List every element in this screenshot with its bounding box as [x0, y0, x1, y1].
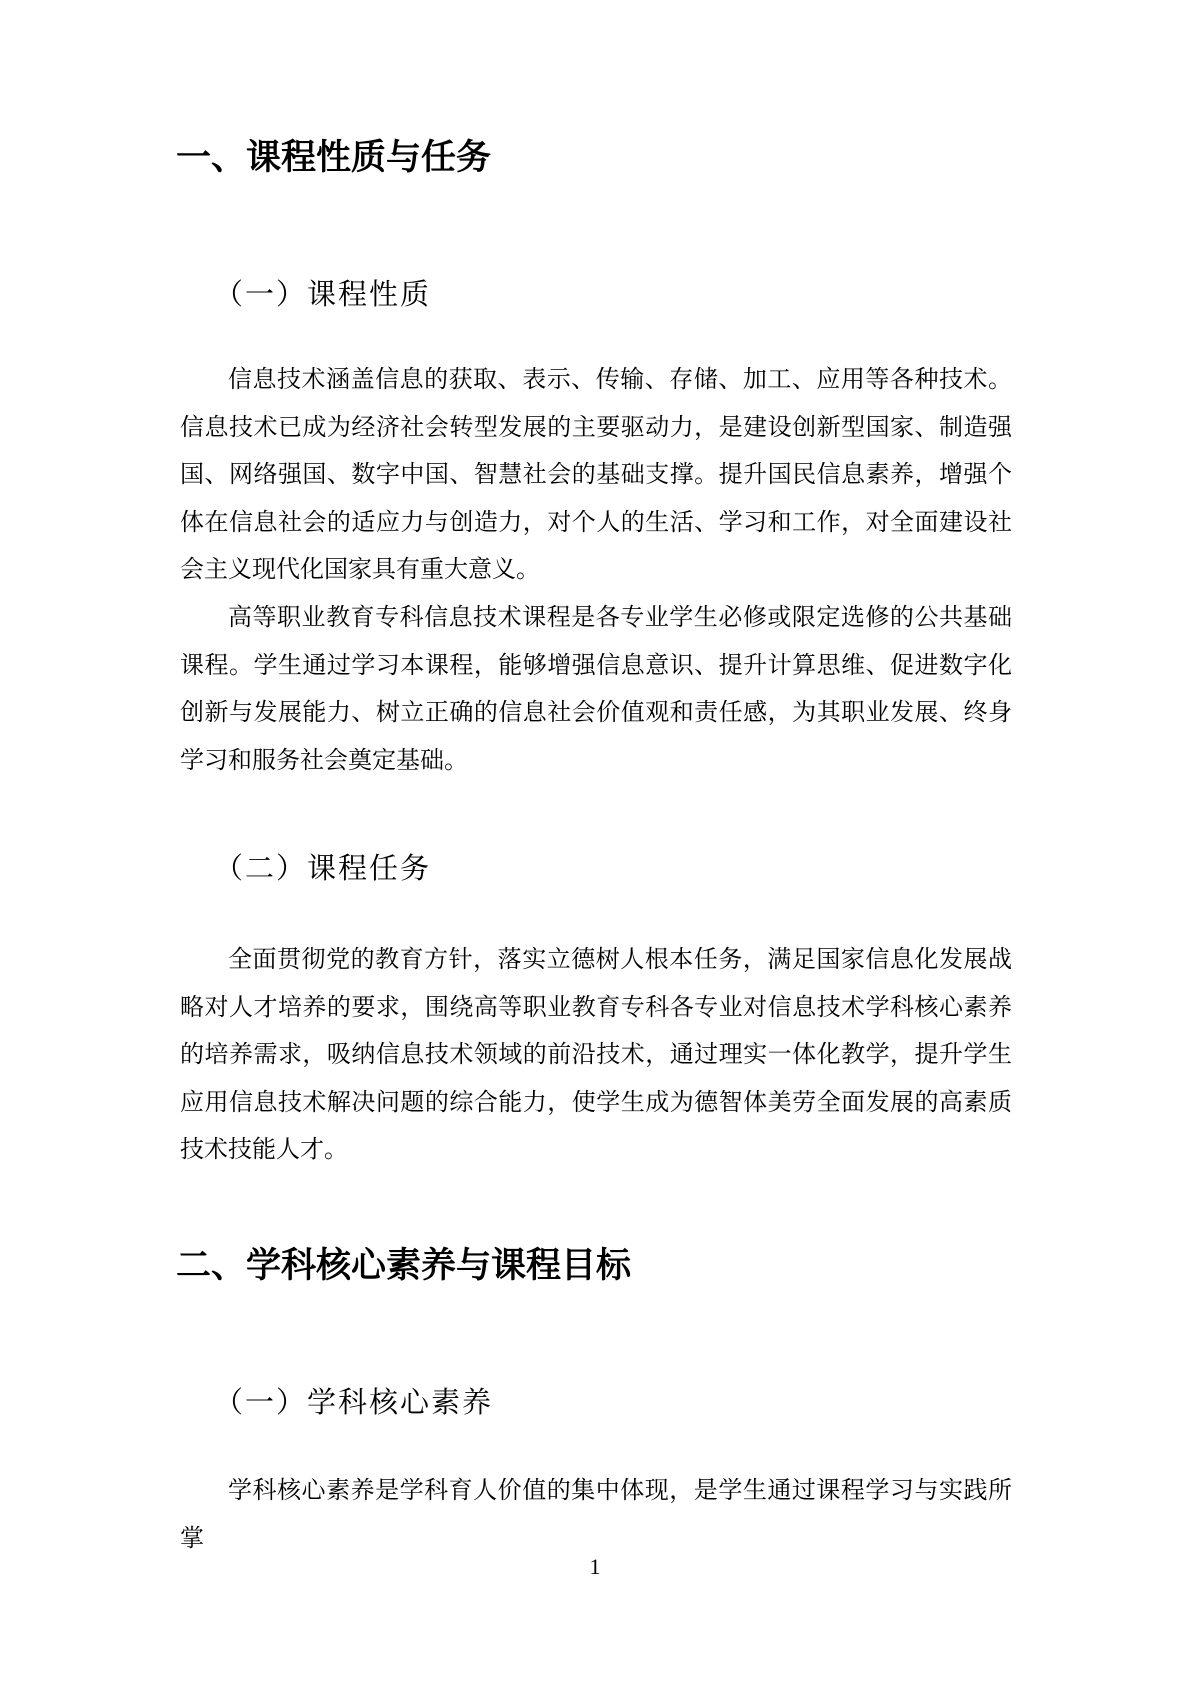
- section-heading-course-nature-and-tasks: 一、课程性质与任务: [176, 138, 491, 178]
- core-literacy-body: 学科核心素养是学科育人价值的集中体现，是学生通过课程学习与实践所掌: [180, 1468, 1012, 1563]
- subsection-heading-core-literacy: （一）学科核心素养: [214, 1386, 493, 1421]
- course-nature-body: 信息技术涵盖信息的获取、表示、传输、存储、加工、应用等各种技术。信息技术已成为经…: [180, 357, 1012, 785]
- paragraph-course-tasks-1: 全面贯彻党的教育方针，落实立德树人根本任务，满足国家信息化发展战略对人才培养的要…: [180, 937, 1012, 1175]
- section-heading-core-literacy-and-goals: 二、学科核心素养与课程目标: [176, 1246, 631, 1286]
- paragraph-course-nature-1: 信息技术涵盖信息的获取、表示、传输、存储、加工、应用等各种技术。信息技术已成为经…: [180, 357, 1012, 595]
- paragraph-course-nature-2: 高等职业教育专科信息技术课程是各专业学生必修或限定选修的公共基础课程。学生通过学…: [180, 595, 1012, 785]
- page-number: 1: [0, 1554, 1190, 1580]
- course-tasks-body: 全面贯彻党的教育方针，落实立德树人根本任务，满足国家信息化发展战略对人才培养的要…: [180, 937, 1012, 1175]
- subsection-heading-course-nature: （一）课程性质: [214, 278, 431, 313]
- document-page: 一、课程性质与任务 （一）课程性质 信息技术涵盖信息的获取、表示、传输、存储、加…: [0, 0, 1190, 1684]
- paragraph-core-literacy-1: 学科核心素养是学科育人价值的集中体现，是学生通过课程学习与实践所掌: [180, 1468, 1012, 1563]
- subsection-heading-course-tasks: （二）课程任务: [214, 852, 431, 887]
